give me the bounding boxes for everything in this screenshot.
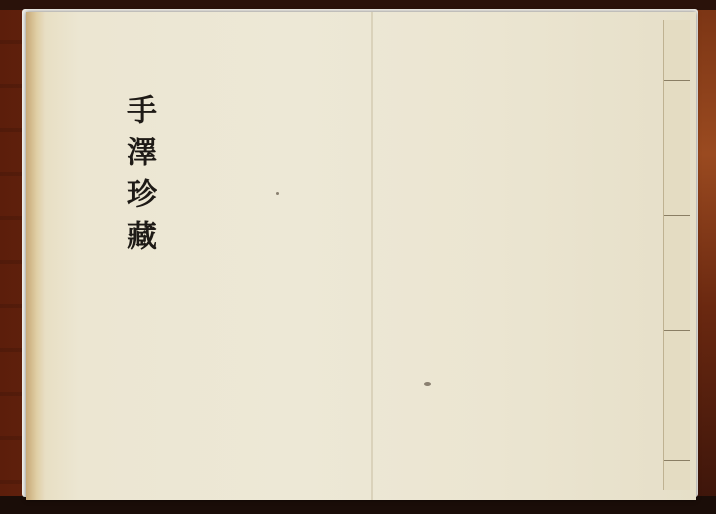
- cover-title: 手澤珍藏: [118, 94, 162, 262]
- binding-thread: [664, 330, 690, 331]
- binding-thread: [664, 215, 690, 216]
- stain: [276, 192, 279, 195]
- book-cover: 手澤珍藏: [26, 12, 696, 500]
- stain: [424, 382, 431, 386]
- binding-thread: [664, 80, 690, 81]
- center-fold: [371, 12, 373, 500]
- worn-left-edge: [26, 12, 44, 500]
- binding-thread: [664, 460, 690, 461]
- binding-spine: [663, 20, 690, 490]
